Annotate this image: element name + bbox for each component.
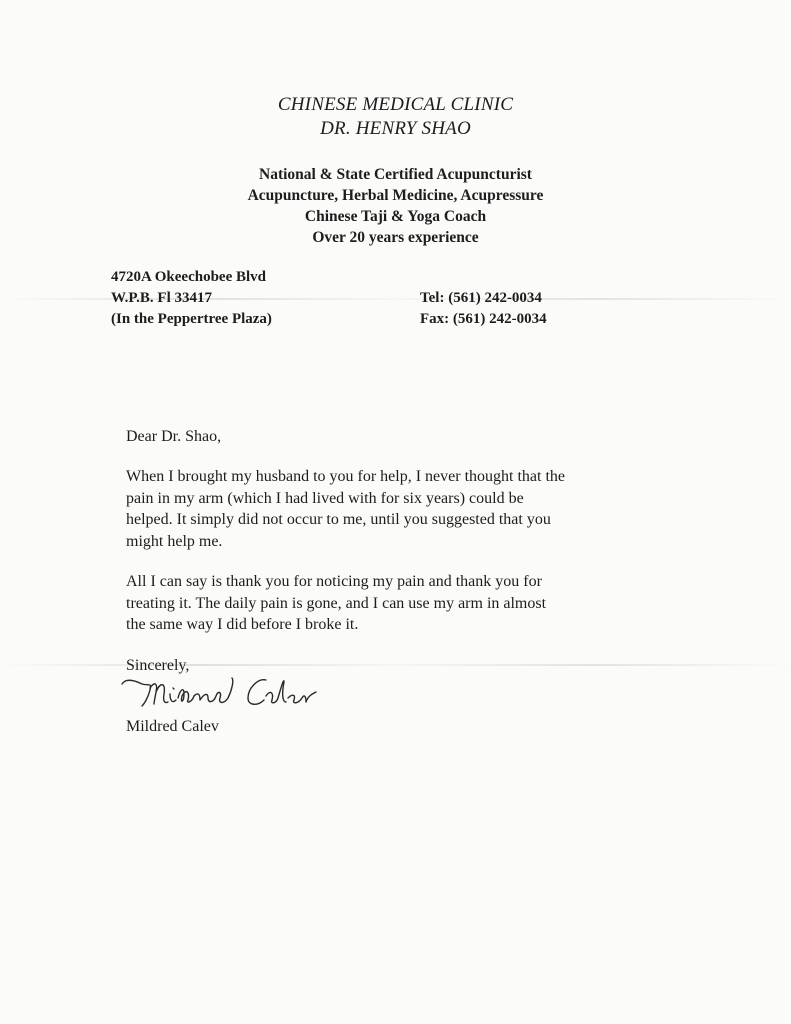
- body-line: pain in my arm (which I had lived with f…: [126, 488, 646, 510]
- credential-line: National & State Certified Acupuncturist: [0, 164, 791, 185]
- address-note: (In the Peppertree Plaza): [111, 309, 272, 330]
- fax: Fax: (561) 242-0034: [420, 309, 547, 330]
- body-line: treating it. The daily pain is gone, and…: [126, 593, 646, 615]
- credential-line: Acupuncture, Herbal Medicine, Acupressur…: [0, 185, 791, 206]
- salutation: Dear Dr. Shao,: [126, 426, 646, 448]
- body-line: might help me.: [126, 531, 646, 553]
- credential-line: Over 20 years experience: [0, 227, 791, 248]
- body-line: the same way I did before I broke it.: [126, 614, 646, 636]
- doctor-name: DR. HENRY SHAO: [0, 117, 791, 141]
- clinic-name: CHINESE MEDICAL CLINIC: [0, 93, 791, 117]
- address-street: 4720A Okeechobee Blvd: [111, 267, 266, 288]
- credential-line: Chinese Taji & Yoga Coach: [0, 206, 791, 227]
- signer-name: Mildred Calev: [126, 716, 646, 738]
- body-paragraph-1: When I brought my husband to you for hel…: [126, 466, 646, 552]
- address-city: W.P.B. Fl 33417: [111, 288, 212, 309]
- signature-icon: [120, 672, 340, 721]
- telephone: Tel: (561) 242-0034: [420, 288, 542, 309]
- body-line: All I can say is thank you for noticing …: [126, 571, 646, 593]
- body-line: helped. It simply did not occur to me, u…: [126, 509, 646, 531]
- body-paragraph-2: All I can say is thank you for noticing …: [126, 571, 646, 636]
- body-line: When I brought my husband to you for hel…: [126, 466, 646, 488]
